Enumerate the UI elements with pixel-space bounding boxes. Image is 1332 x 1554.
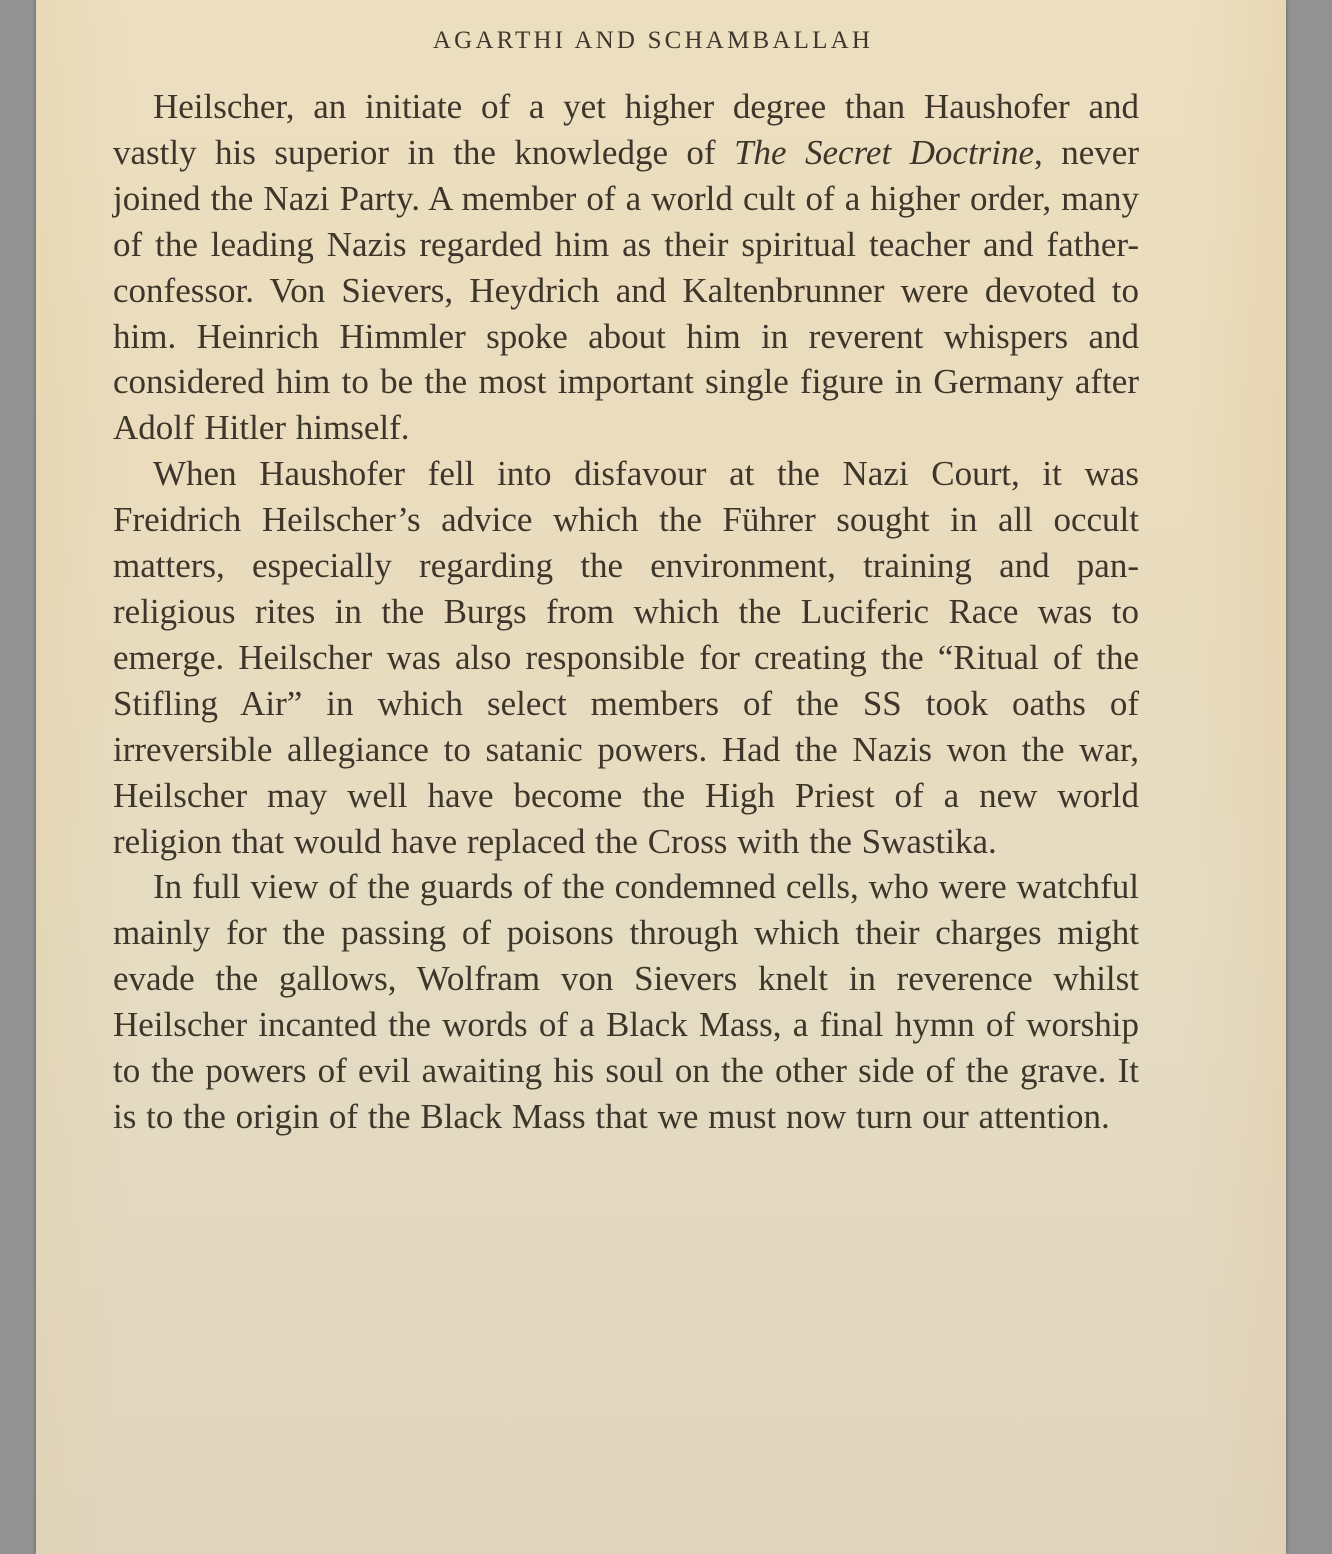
running-header: AGARTHI AND SCHAMBALLAH [28, 27, 1278, 55]
paragraph-2: When Haushofer fell into disfavour at th… [113, 451, 1139, 864]
document-viewer: AGARTHI AND SCHAMBALLAH Heilscher, an in… [0, 0, 1332, 1554]
page-body: Heilscher, an initiate of a yet higher d… [113, 84, 1139, 1140]
book-page: AGARTHI AND SCHAMBALLAH Heilscher, an in… [36, 0, 1286, 1554]
paragraph-1: Heilscher, an initiate of a yet higher d… [113, 84, 1139, 451]
paragraph-3: In full view of the guards of the condem… [113, 864, 1139, 1139]
paragraph-1-text-b: , never joined the Nazi Party. A member … [113, 133, 1139, 447]
book-title-italic: The Secret Doctrine [734, 133, 1034, 172]
